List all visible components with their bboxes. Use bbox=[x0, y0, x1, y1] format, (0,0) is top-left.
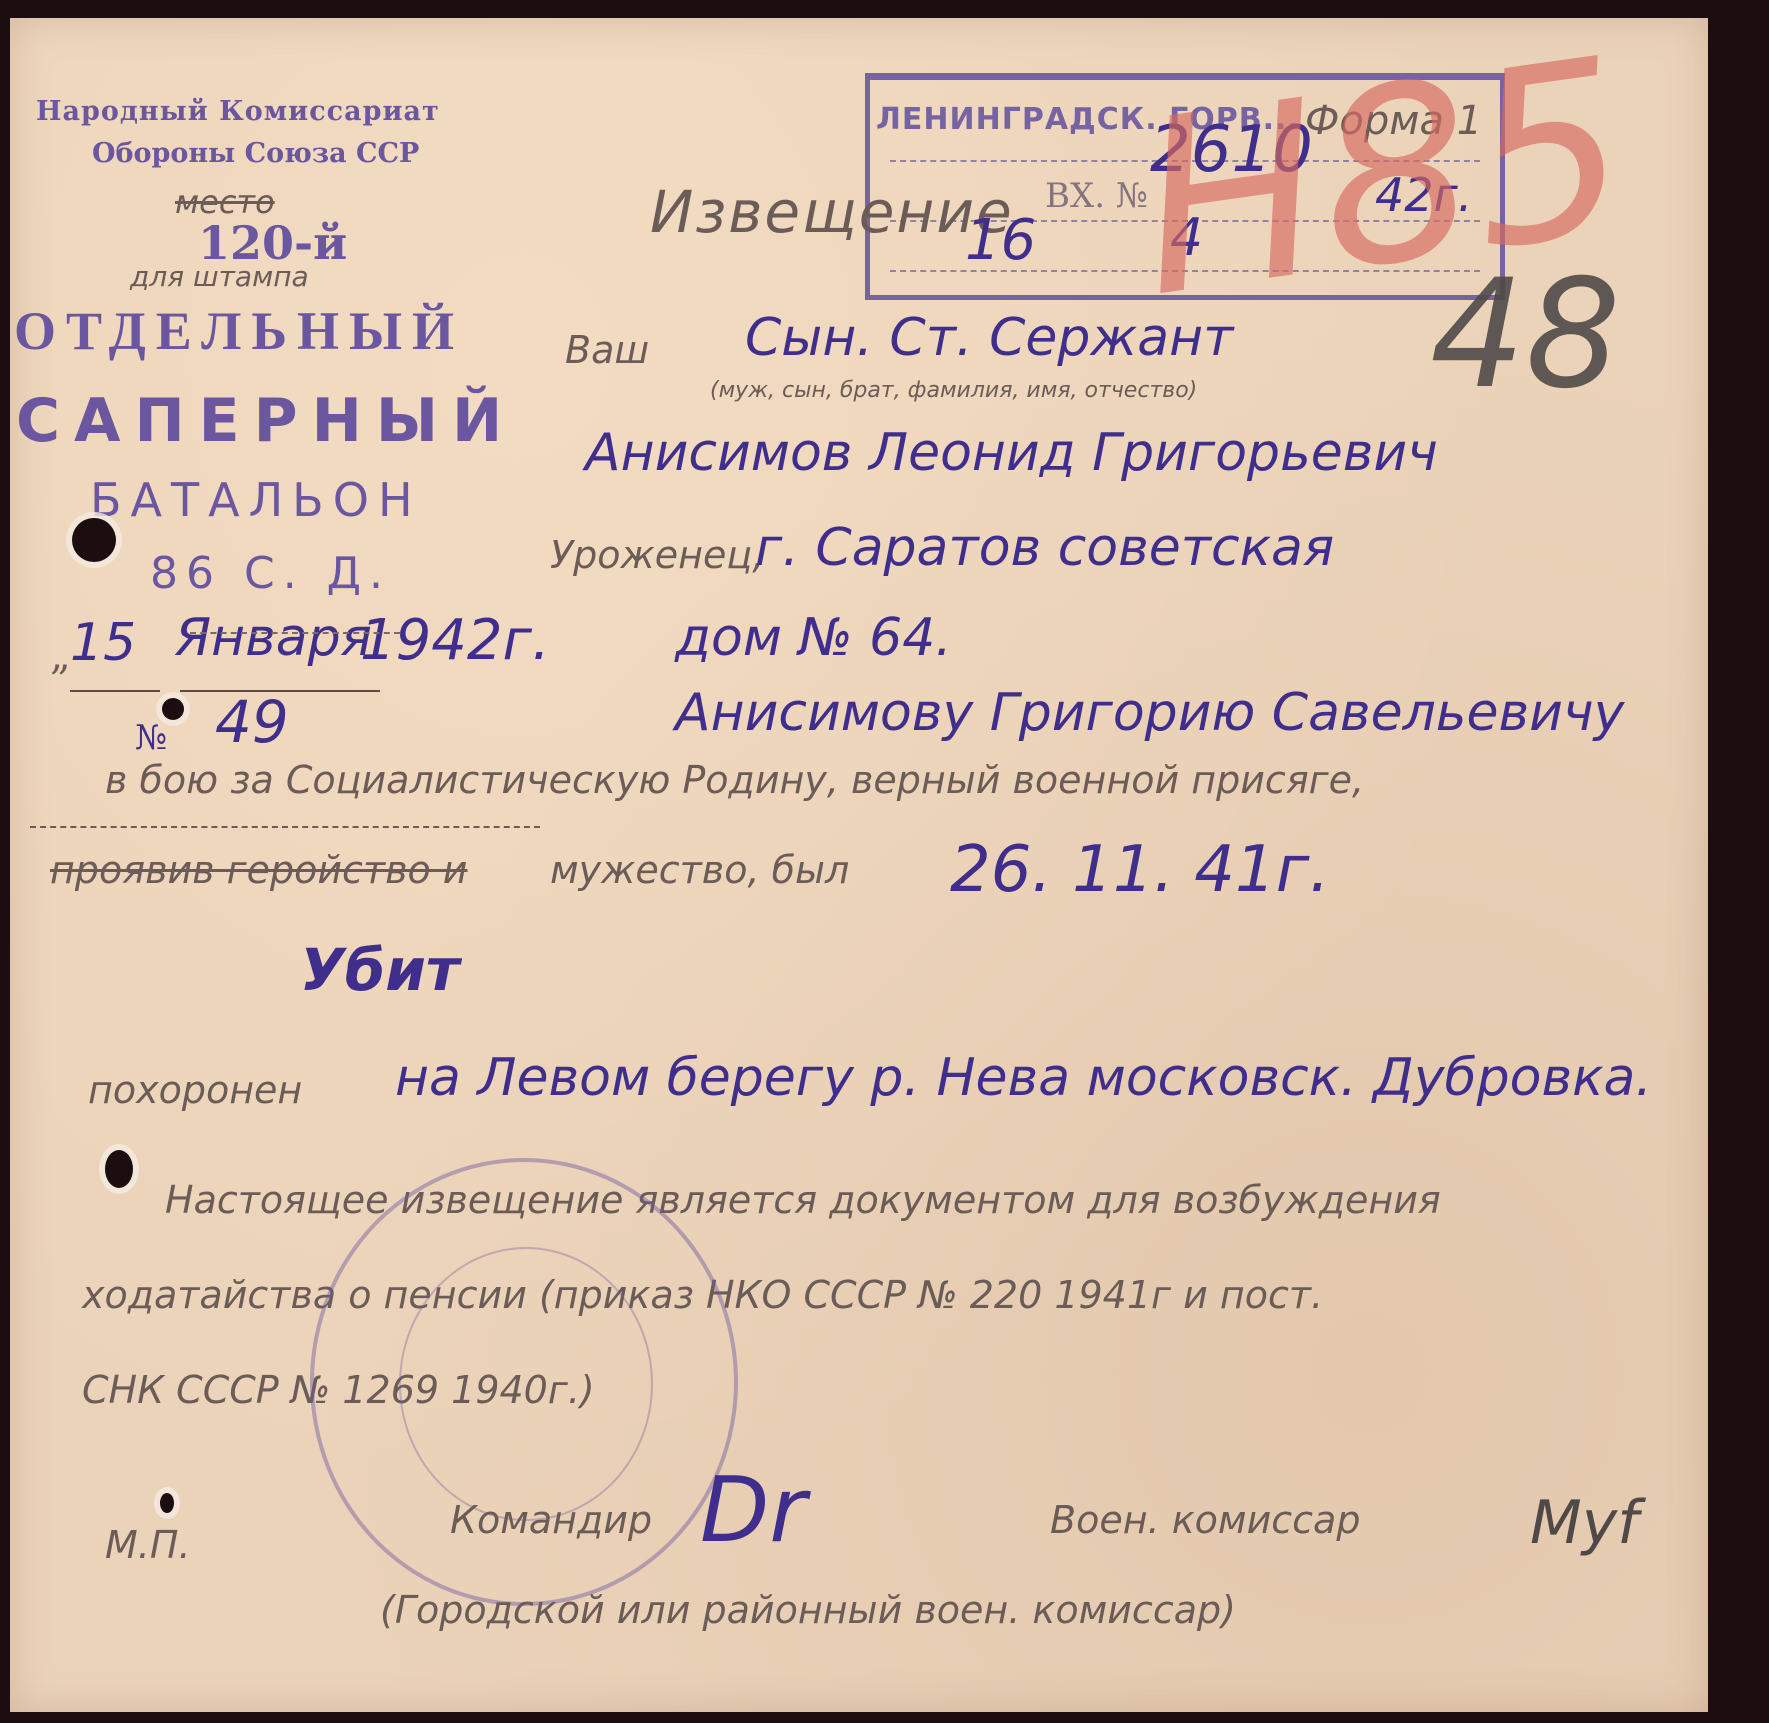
header-defense: Обороны Союза ССР bbox=[92, 138, 419, 169]
death-date: 26. 11. 41г. bbox=[950, 833, 1330, 907]
full-name: Анисимов Леонид Григорьевич bbox=[585, 423, 1438, 483]
burial-place: на Левом берегу р. Нева московск. Дубров… bbox=[395, 1048, 1652, 1108]
number-label: № bbox=[135, 718, 167, 758]
birthplace: г. Саратов советская bbox=[755, 518, 1334, 578]
unit-line-2: САПЕРНЫЙ bbox=[16, 386, 516, 456]
unit-line-3: БАТАЛЬОН bbox=[90, 473, 422, 527]
commissar-signature: Myf bbox=[1530, 1488, 1638, 1558]
unit-line-1: ОТДЕЛЬНЫЙ bbox=[14, 300, 464, 362]
punch-hole bbox=[160, 1493, 174, 1513]
document-title: Извещение bbox=[650, 178, 1014, 246]
punch-hole bbox=[72, 518, 116, 562]
grey-pencil-annotation: 48 bbox=[1430, 248, 1621, 422]
commander-signature: Dr bbox=[700, 1458, 806, 1563]
heroism-text: мужество, был bbox=[550, 848, 849, 892]
issue-year: 1942г. bbox=[360, 608, 550, 673]
punch-hole bbox=[105, 1150, 133, 1188]
relation-rank: Сын. Ст. Сержант bbox=[745, 308, 1233, 368]
date-underline bbox=[70, 690, 160, 692]
notice-number: 49 bbox=[215, 688, 289, 756]
header-commissariat: Народный Комиссариат bbox=[36, 96, 440, 127]
status: Убит bbox=[300, 936, 459, 1004]
stamp-place-hint: для штампа bbox=[130, 260, 309, 293]
battle-body: бою за Социалистическую Родину, верный в… bbox=[140, 758, 1365, 802]
incoming-label: ВХ. № bbox=[1045, 176, 1148, 216]
commissar-label: Воен. комиссар bbox=[1050, 1498, 1360, 1542]
round-seal-inner bbox=[399, 1247, 653, 1521]
battle-prefix: в bbox=[105, 758, 127, 802]
heroism-struck: проявив геройство и bbox=[50, 848, 468, 892]
commander-label: Командир bbox=[450, 1498, 652, 1542]
field-underline bbox=[30, 826, 540, 828]
recipient: Анисимову Григорию Савельевичу bbox=[675, 683, 1624, 743]
footer-commissar-note: (Городской или районный воен. комиссар) bbox=[380, 1588, 1236, 1632]
document-paper: Народный Комиссариат Обороны Союза ССР м… bbox=[10, 18, 1708, 1712]
punch-hole bbox=[162, 698, 184, 720]
pension-line-1: Настоящее извещение является документом … bbox=[165, 1178, 1441, 1222]
date-quote: „ bbox=[50, 633, 71, 679]
vash-label: Ваш bbox=[565, 328, 649, 372]
registration-day: 16 bbox=[965, 208, 1036, 273]
relation-hint: (муж, сын, брат, фамилия, имя, отчество) bbox=[710, 378, 1197, 403]
date-underline bbox=[190, 632, 400, 634]
buried-label: похоронен bbox=[88, 1068, 302, 1112]
issue-day: 15 bbox=[70, 613, 136, 673]
unit-line-4: 86 С. Д. bbox=[150, 548, 391, 599]
issue-month: Января bbox=[175, 608, 372, 668]
native-label: Уроженец, bbox=[550, 533, 764, 577]
address: дом № 64. bbox=[675, 608, 952, 668]
mp-label: М.П. bbox=[105, 1523, 191, 1567]
battle-text: в бою за Социалистическую Родину, верный… bbox=[105, 758, 1364, 802]
